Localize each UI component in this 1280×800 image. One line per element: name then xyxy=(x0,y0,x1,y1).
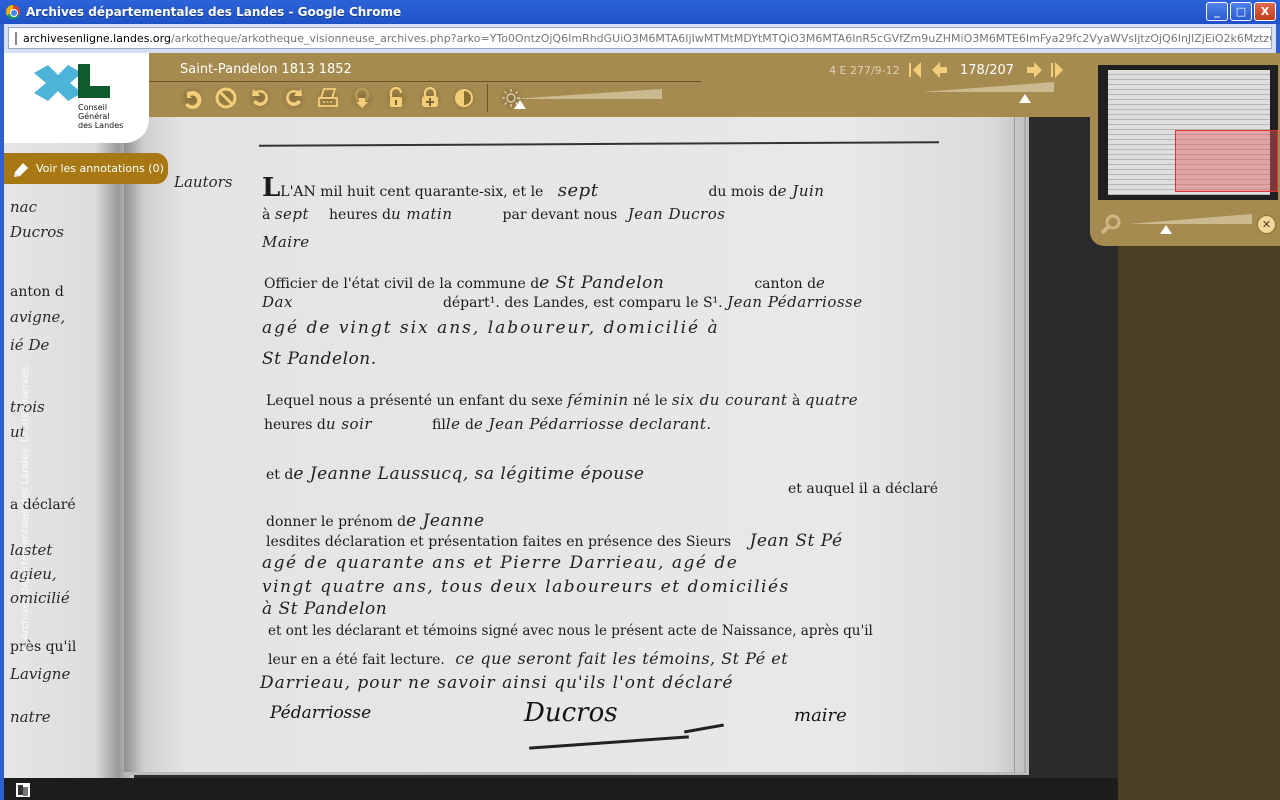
navigator-viewport[interactable] xyxy=(1175,130,1278,192)
viewer-toolbar: Saint-Pandelon 1813 1852 xyxy=(149,53,1090,117)
lock-add-button[interactable] xyxy=(417,85,443,111)
document-cote: 4 E 277/9-12 xyxy=(829,64,900,77)
rotate-right-icon xyxy=(283,87,305,109)
last-page-button[interactable] xyxy=(1048,59,1068,81)
view-annotations-label: Voir les annotations (0) xyxy=(36,162,164,175)
rotate-left-button[interactable] xyxy=(247,85,273,111)
maximize-button[interactable]: □ xyxy=(1230,2,1252,21)
window-title-bar: Archives départementales des Landes - Go… xyxy=(0,0,1280,24)
last-page-icon xyxy=(1049,60,1067,80)
download-button[interactable] xyxy=(349,85,375,111)
page-counter: 178/207 xyxy=(960,63,1014,78)
pencil-icon xyxy=(12,160,30,178)
contrast-button[interactable] xyxy=(451,85,477,111)
signature-title: maire xyxy=(794,705,847,726)
download-icon xyxy=(351,87,373,109)
document-image[interactable]: nac Ducros anton d avigne, ié De trois u… xyxy=(4,53,1118,800)
close-navigator-button[interactable]: ✕ xyxy=(1258,216,1275,233)
lock-add-icon xyxy=(419,87,441,109)
fullscreen-icon[interactable] xyxy=(16,783,30,797)
page-slider[interactable] xyxy=(922,82,1057,104)
url-input[interactable]: archivesenligne.landes.org/arkotheque/ar… xyxy=(8,27,1272,49)
url-host: archivesenligne.landes.org xyxy=(23,32,171,45)
arrow-right-icon xyxy=(1025,60,1043,80)
copyright-notice: © Archives départementales des Landes. D… xyxy=(20,363,31,653)
brightness-slider-thumb[interactable] xyxy=(514,100,526,109)
page-icon xyxy=(15,32,17,45)
arrow-left-icon xyxy=(931,60,949,80)
address-bar: archivesenligne.landes.org/arkotheque/ar… xyxy=(0,24,1280,53)
print-button[interactable] xyxy=(315,85,341,111)
logo-l-icon xyxy=(78,64,110,98)
close-window-button[interactable]: X xyxy=(1254,2,1276,21)
url-path: /arkotheque/arkotheque_visionneuse_archi… xyxy=(171,32,1272,45)
cancel-button[interactable] xyxy=(213,85,239,111)
rotate-right-button[interactable] xyxy=(281,85,307,111)
unlock-button[interactable] xyxy=(383,85,409,111)
page-slider-thumb[interactable] xyxy=(1019,94,1031,103)
logo-text: Conseil Général des Landes xyxy=(78,103,123,130)
navigator-panel: ✕ xyxy=(1090,53,1280,246)
document-text: nac Ducros anton d avigne, ié De trois u… xyxy=(4,53,1118,800)
first-page-icon xyxy=(907,60,925,80)
unlock-icon xyxy=(385,87,407,109)
signature-declarant: Pédarriosse xyxy=(270,703,371,723)
print-icon xyxy=(317,87,339,109)
reset-button[interactable] xyxy=(179,85,205,111)
signature-mayor: Ducros xyxy=(524,698,618,728)
logo-x-icon xyxy=(34,65,82,101)
zoom-icon xyxy=(1100,213,1122,235)
navigator-thumbnail[interactable] xyxy=(1098,65,1278,200)
pager: 178/207 xyxy=(906,59,1068,81)
cancel-icon xyxy=(215,87,237,109)
zoom-slider[interactable] xyxy=(1128,214,1252,236)
reset-icon xyxy=(181,87,203,109)
view-annotations-button[interactable]: Voir les annotations (0) xyxy=(4,153,168,184)
archive-viewer: nac Ducros anton d avigne, ié De trois u… xyxy=(0,53,1280,800)
brightness-slider[interactable] xyxy=(512,89,662,109)
first-page-button[interactable] xyxy=(906,59,926,81)
chrome-icon xyxy=(6,5,20,19)
tool-buttons xyxy=(179,84,524,112)
document-title: Saint-Pandelon 1813 1852 xyxy=(180,62,352,77)
zoom-slider-thumb[interactable] xyxy=(1160,225,1172,234)
previous-page-button[interactable] xyxy=(930,59,950,81)
logo[interactable]: Conseil Général des Landes xyxy=(4,53,149,143)
contrast-icon xyxy=(453,87,475,109)
rotate-left-icon xyxy=(249,87,271,109)
next-page-button[interactable] xyxy=(1024,59,1044,81)
minimize-button[interactable]: _ xyxy=(1206,2,1228,21)
window-title: Archives départementales des Landes - Go… xyxy=(26,5,401,19)
